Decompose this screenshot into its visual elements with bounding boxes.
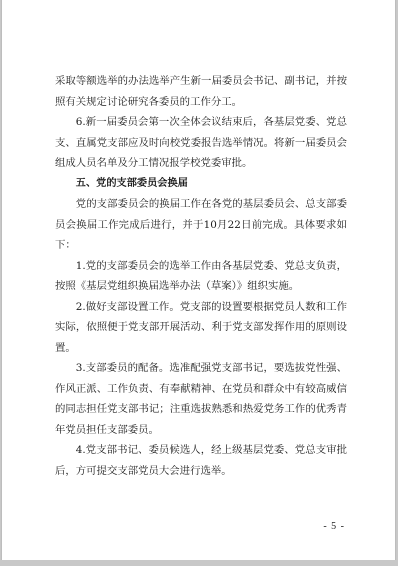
page-number: - 5 - <box>323 521 345 532</box>
paragraph-intro: 党的支部委员会的换届工作在各党的基层委员会、总支部委员会换届工作完成后进行，并于… <box>55 194 347 256</box>
section-heading: 五、党的支部委员会换届 <box>55 174 347 195</box>
document-body: 采取等额选举的办法选举产生新一届委员会书记、副书记，并按照有关规定讨论研究各委员… <box>55 71 347 481</box>
paragraph-item-1: 1.党的支部委员会的选举工作由各基层党委、党总支负责，按照《基层党组织换届选举办… <box>55 256 347 297</box>
paragraph-item-4: 4.党支部书记、委员候选人，经上级基层党委、党总支审批后，方可提交支部党员大会进… <box>55 440 347 481</box>
paragraph-continuation: 采取等额选举的办法选举产生新一届委员会书记、副书记，并按照有关规定讨论研究各委员… <box>55 71 347 112</box>
document-page: 采取等额选举的办法选举产生新一届委员会书记、副书记，并按照有关规定讨论研究各委员… <box>1 0 396 560</box>
paragraph-item-6: 6.新一届委员会第一次全体会议结束后，各基层党委、党总支、直属党支部应及时向校党… <box>55 112 347 174</box>
paragraph-item-3: 3.支部委员的配备。选准配强党支部书记，要选拔党性强、作风正派、工作负责、有奉献… <box>55 358 347 440</box>
paragraph-item-2: 2.做好支部设置工作。党支部的设置要根据党员人数和工作实际，依照便于党支部开展活… <box>55 297 347 359</box>
